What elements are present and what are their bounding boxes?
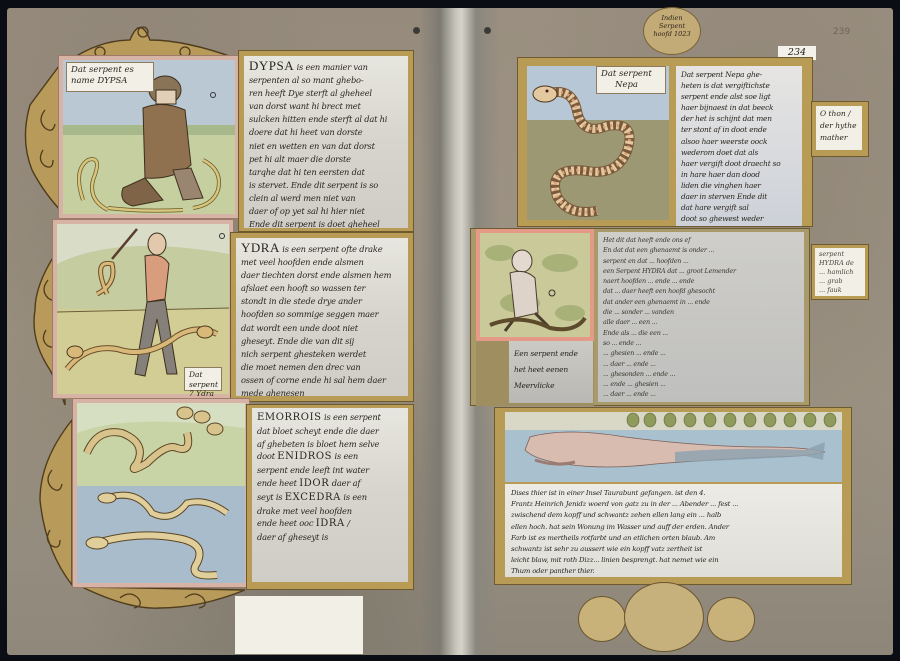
- text-line: /: [345, 518, 350, 528]
- decorative-circle-center: [624, 582, 704, 652]
- sea-creature-illustration: [505, 412, 842, 482]
- text-line: Dises thier ist in einer Insel Taurabunt…: [511, 489, 705, 497]
- text-line: Thum oder panther thier.: [511, 567, 594, 575]
- idra-heading: IDRA: [316, 518, 345, 529]
- text-line: tarqhe dat hi ten eersten dat: [249, 167, 365, 177]
- medallion-line: hoofd 1023: [644, 30, 700, 38]
- text-line: wederom doet dat als: [681, 148, 758, 157]
- decorative-circle-left: [578, 596, 626, 642]
- text-line: daer af: [329, 478, 360, 488]
- text-line: der het is schijnt dat men: [681, 114, 772, 123]
- text-line: Ende dit serpent is doet gheheel: [249, 219, 380, 228]
- text-line: ... daer ... ende ...: [603, 390, 656, 398]
- text-line: Ende als ... die een ...: [603, 329, 668, 337]
- text-line: Frantz Heinrich Jenidz woerd von gatz zu…: [511, 500, 738, 508]
- text-line: ... ghesonden ... ende ...: [603, 370, 675, 378]
- text-line: die ... sonder ... vanden: [603, 308, 674, 316]
- text-line: is een serpent: [322, 412, 381, 422]
- text-line: die moet nemen den drec van: [241, 362, 361, 372]
- text-line: gheseyt. Ende die van dit sij: [241, 336, 354, 346]
- text-line: met veel hoofden ende alsmen: [241, 257, 364, 267]
- emorrois-text-block: EMORROIS is een serpent dat bloet scheyt…: [252, 408, 408, 582]
- text-line: het heet eenen: [514, 365, 568, 374]
- text-line: Een serpent ende: [514, 349, 578, 358]
- text-line: pet hi alt maer die dorste: [249, 154, 351, 164]
- text-line: niet en wetten en van dat dorst: [249, 141, 375, 151]
- text-line: daer of op yet sal hi hier niet: [249, 206, 365, 216]
- text-line: heten is dat vergiftichste: [681, 81, 770, 90]
- text-line: drake met veel hoofden: [257, 506, 352, 516]
- text-line: alsoo haer weerste oock: [681, 137, 767, 146]
- text-line: Farb ist es mertheils rotfarbt und an et…: [511, 534, 715, 542]
- caption-line: name DYPSA: [71, 76, 149, 87]
- text-line: doere dat hi heet van dorste: [249, 127, 363, 137]
- side-note-line: O thon /: [820, 108, 858, 120]
- text-line: nich serpent ghesteken werdet: [241, 349, 366, 359]
- top-medallion: Indien Serpent hoofd 1023: [643, 7, 701, 55]
- text-line: alle daer ... een ...: [603, 318, 657, 326]
- text-line: af ghebeten is bloet hem selve: [257, 439, 379, 449]
- medallion-line: Serpent: [644, 22, 700, 30]
- text-line: ter stont af in doot ende: [681, 125, 767, 134]
- text-line: dat bloet scheyt ende die daer: [257, 426, 379, 436]
- text-line: is een: [341, 492, 367, 502]
- side-note-line: ... grab: [819, 277, 861, 286]
- binding-hole: [484, 27, 491, 34]
- text-line: seyt is: [257, 492, 285, 502]
- text-line: dat ... daer heeft een hoofd ghesocht: [603, 287, 715, 295]
- caption-line: Dat serpent: [601, 69, 661, 80]
- text-line: een Serpent HYDRA dat ... groot Lemender: [603, 267, 736, 275]
- text-line: doot so ghewest weder: [681, 214, 763, 223]
- folio-number-pencil: 239: [833, 27, 850, 37]
- nepa-side-note: O thon / der hythe mather: [816, 106, 862, 150]
- side-note-line: ... fauk: [819, 286, 861, 295]
- text-line: ende heet ooc: [257, 518, 316, 528]
- side-note-line: ... hamlich: [819, 268, 861, 277]
- text-line: dat ander een ghenaemt in ... ende: [603, 298, 710, 306]
- caption-line: Dat serpent es: [71, 65, 149, 76]
- sea-creature-text-block: Dises thier ist in einer Insel Taurabunt…: [505, 484, 842, 577]
- side-note-line: der hythe: [820, 120, 858, 132]
- text-line: ... daer ... ende ...: [603, 360, 656, 368]
- dipsa-caption-label: Dat serpent es name DYPSA: [66, 62, 154, 92]
- dipsa-text-block: DYPSA is een manier van serpenten al so …: [244, 56, 408, 228]
- ydra-caption-label: Dat serpent 7 Ydra: [184, 367, 222, 391]
- medallion-line: Indien: [644, 14, 700, 22]
- nepa-text-block: Dat serpent Nepa ghe- heten is dat vergi…: [676, 66, 802, 226]
- text-line: Dat serpent Nepa ghe-: [681, 70, 762, 79]
- text-line: ellen hoch. hat sein Wonung im Wasser un…: [511, 523, 729, 531]
- nepa-caption-label: Dat serpent Nepa: [596, 66, 666, 94]
- text-line: zwischend dem kopff und schwantz zehen e…: [511, 511, 721, 519]
- binding-hole: [413, 27, 420, 34]
- emorrois-heading: EMORROIS: [257, 412, 322, 423]
- text-line: serpent ende alst soe ligt: [681, 92, 771, 101]
- text-line: stondt in die stede drye ander: [241, 296, 362, 306]
- text-line: ... ghesien ... ende ...: [603, 349, 666, 357]
- text-line: serpent en dat ... hoofden ...: [603, 257, 689, 265]
- text-line: van dorst want hi brect met: [249, 101, 361, 111]
- text-line: dat wordt een unde doot niet: [241, 323, 358, 333]
- enidros-heading: ENIDROS: [277, 451, 332, 462]
- text-line: daer in sterven Ende dit: [681, 192, 767, 201]
- text-line: ossen of corne ende hi sal hem daer: [241, 375, 386, 385]
- text-line: serpent ende leeft int water: [257, 465, 369, 475]
- text-line: is stervet. Ende dit serpent is so: [249, 180, 378, 190]
- text-line: daer af gheseyt is: [257, 532, 328, 542]
- idor-heading: IDOR: [299, 478, 329, 489]
- excedra-heading: EXCEDRA: [285, 492, 341, 503]
- text-line: leicht blaw, mit roth Dizz... linien bes…: [511, 556, 718, 564]
- text-line: ... ende ... ghesien ...: [603, 380, 666, 388]
- ydra-heading: YDRA: [241, 240, 280, 255]
- caption-line: Nepa: [601, 80, 661, 91]
- decorative-circle-right: [707, 597, 755, 642]
- text-line: ren heeft Dye sterft al gheheel: [249, 88, 372, 98]
- hydra-illustration: [480, 233, 590, 337]
- text-line: ende heet: [257, 478, 299, 488]
- text-line: mede ghenesen: [241, 388, 304, 396]
- text-line: haer bijnaest in dat beeck: [681, 103, 773, 112]
- text-line: clein al werd men niet van: [249, 193, 355, 203]
- hydra-side-note: serpent HYDRA de ... hamlich ... grab ..…: [815, 248, 865, 296]
- text-line: schwantz ist sehr zu aussert wie ein kop…: [511, 545, 702, 553]
- text-line: Het dit dat heeft ende ons ef: [603, 236, 690, 244]
- text-line: serpenten al so mant ghebo-: [249, 75, 363, 85]
- side-note-line: serpent: [819, 250, 861, 259]
- text-line: afslaet een hooft so wassen ter: [241, 283, 365, 293]
- caption-line: Dat serpent: [189, 370, 217, 389]
- text-line: Meervlicke: [514, 381, 554, 390]
- text-line: is een: [332, 451, 358, 461]
- text-line: haer vergift doot draecht so: [681, 159, 781, 168]
- blank-paper-patch: [235, 596, 363, 654]
- hydra-text-block: Het dit dat heeft ende ons ef En dat dat…: [598, 232, 804, 402]
- text-line: hoofden so sommige seggen maer: [241, 309, 378, 319]
- text-line: doot: [257, 451, 277, 461]
- ydra-text-block: YDRA is een serpent ofte drake met veel …: [236, 238, 408, 396]
- text-line: naert hoofden ... ende ... ende: [603, 277, 694, 285]
- side-note-line: mather: [820, 132, 858, 144]
- side-note-line: HYDRA de: [819, 259, 861, 268]
- text-line: is een manier van: [297, 62, 368, 72]
- text-line: dat hare vergift sal: [681, 203, 749, 212]
- text-line: En dat dat een ghenaemt is onder ...: [603, 246, 714, 254]
- text-line: in hare haer dan dood: [681, 170, 760, 179]
- dipsa-heading: DYPSA: [249, 58, 294, 73]
- hydra-subcaption: Een serpent ende het heet eenen Meervlic…: [509, 341, 593, 403]
- emorrois-illustration: [77, 403, 245, 583]
- text-line: is een serpent ofte drake: [282, 244, 382, 254]
- text-line: sulcken hitten ende sterft al dat hi: [249, 114, 387, 124]
- text-line: daer tiechten dorst ende alsmen hem: [241, 270, 391, 280]
- text-line: so ... ende ...: [603, 339, 641, 347]
- text-line: liden die vinghen haer: [681, 181, 761, 190]
